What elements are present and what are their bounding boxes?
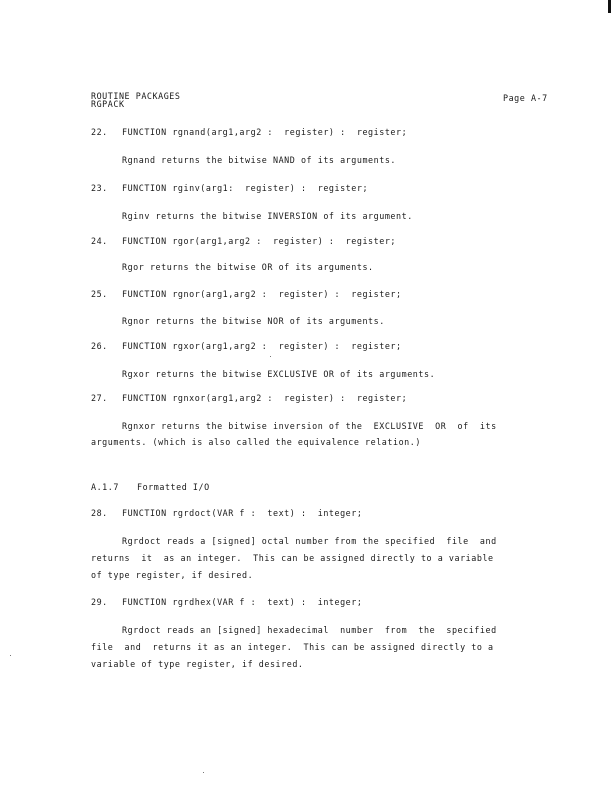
function-description: Rgnxor returns the bitwise inversion of …	[122, 421, 497, 431]
scan-speck	[203, 772, 204, 773]
function-description: Rgrdoct reads an [signed] hexadecimal nu…	[122, 625, 497, 635]
entry-number: 28.	[91, 508, 108, 518]
section-title: Formatted I/O	[137, 482, 210, 492]
entry-number: 27.	[91, 393, 108, 403]
function-description-continued: file and returns it as an integer. This …	[91, 642, 494, 652]
function-signature: FUNCTION rgnxor(arg1,arg2 : register) : …	[122, 393, 407, 403]
function-signature: FUNCTION rgnor(arg1,arg2 : register) : r…	[122, 289, 402, 299]
function-signature: FUNCTION rgxor(arg1,arg2 : register) : r…	[122, 341, 402, 351]
section-number: A.1.7	[91, 482, 119, 492]
function-description: Rgnor returns the bitwise NOR of its arg…	[122, 316, 385, 326]
function-signature: FUNCTION rgrdhex(VAR f : text) : integer…	[122, 597, 362, 607]
function-description: Rgnand returns the bitwise NAND of its a…	[122, 155, 396, 165]
function-description: Rginv returns the bitwise INVERSION of i…	[122, 211, 413, 221]
function-description: Rgor returns the bitwise OR of its argum…	[122, 262, 374, 272]
function-description-continued: variable of type register, if desired.	[91, 659, 304, 669]
function-signature: FUNCTION rgrdoct(VAR f : text) : integer…	[122, 508, 362, 518]
page-number: Page A-7	[503, 93, 548, 103]
scan-speck	[270, 356, 271, 357]
document-page: ROUTINE PACKAGES RGPACK Page A-7 22. FUN…	[0, 0, 612, 791]
scan-edge-mark	[608, 0, 611, 13]
entry-number: 25.	[91, 289, 108, 299]
function-description-continued: returns it as an integer. This can be as…	[91, 553, 494, 563]
function-signature: FUNCTION rgor(arg1,arg2 : register) : re…	[122, 236, 396, 246]
header-subtitle: RGPACK	[91, 99, 125, 109]
function-signature: FUNCTION rginv(arg1: register) : registe…	[122, 183, 368, 193]
entry-number: 26.	[91, 341, 108, 351]
entry-number: 24.	[91, 236, 108, 246]
function-signature: FUNCTION rgnand(arg1,arg2 : register) : …	[122, 127, 407, 137]
entry-number: 29.	[91, 597, 108, 607]
function-description-continued: of type register, if desired.	[91, 570, 253, 580]
scan-speck	[10, 655, 11, 656]
entry-number: 22.	[91, 127, 108, 137]
function-description-continued: arguments. (which is also called the equ…	[91, 437, 421, 447]
function-description: Rgrdoct reads a [signed] octal number fr…	[122, 536, 497, 546]
function-description: Rgxor returns the bitwise EXCLUSIVE OR o…	[122, 369, 435, 379]
entry-number: 23.	[91, 183, 108, 193]
